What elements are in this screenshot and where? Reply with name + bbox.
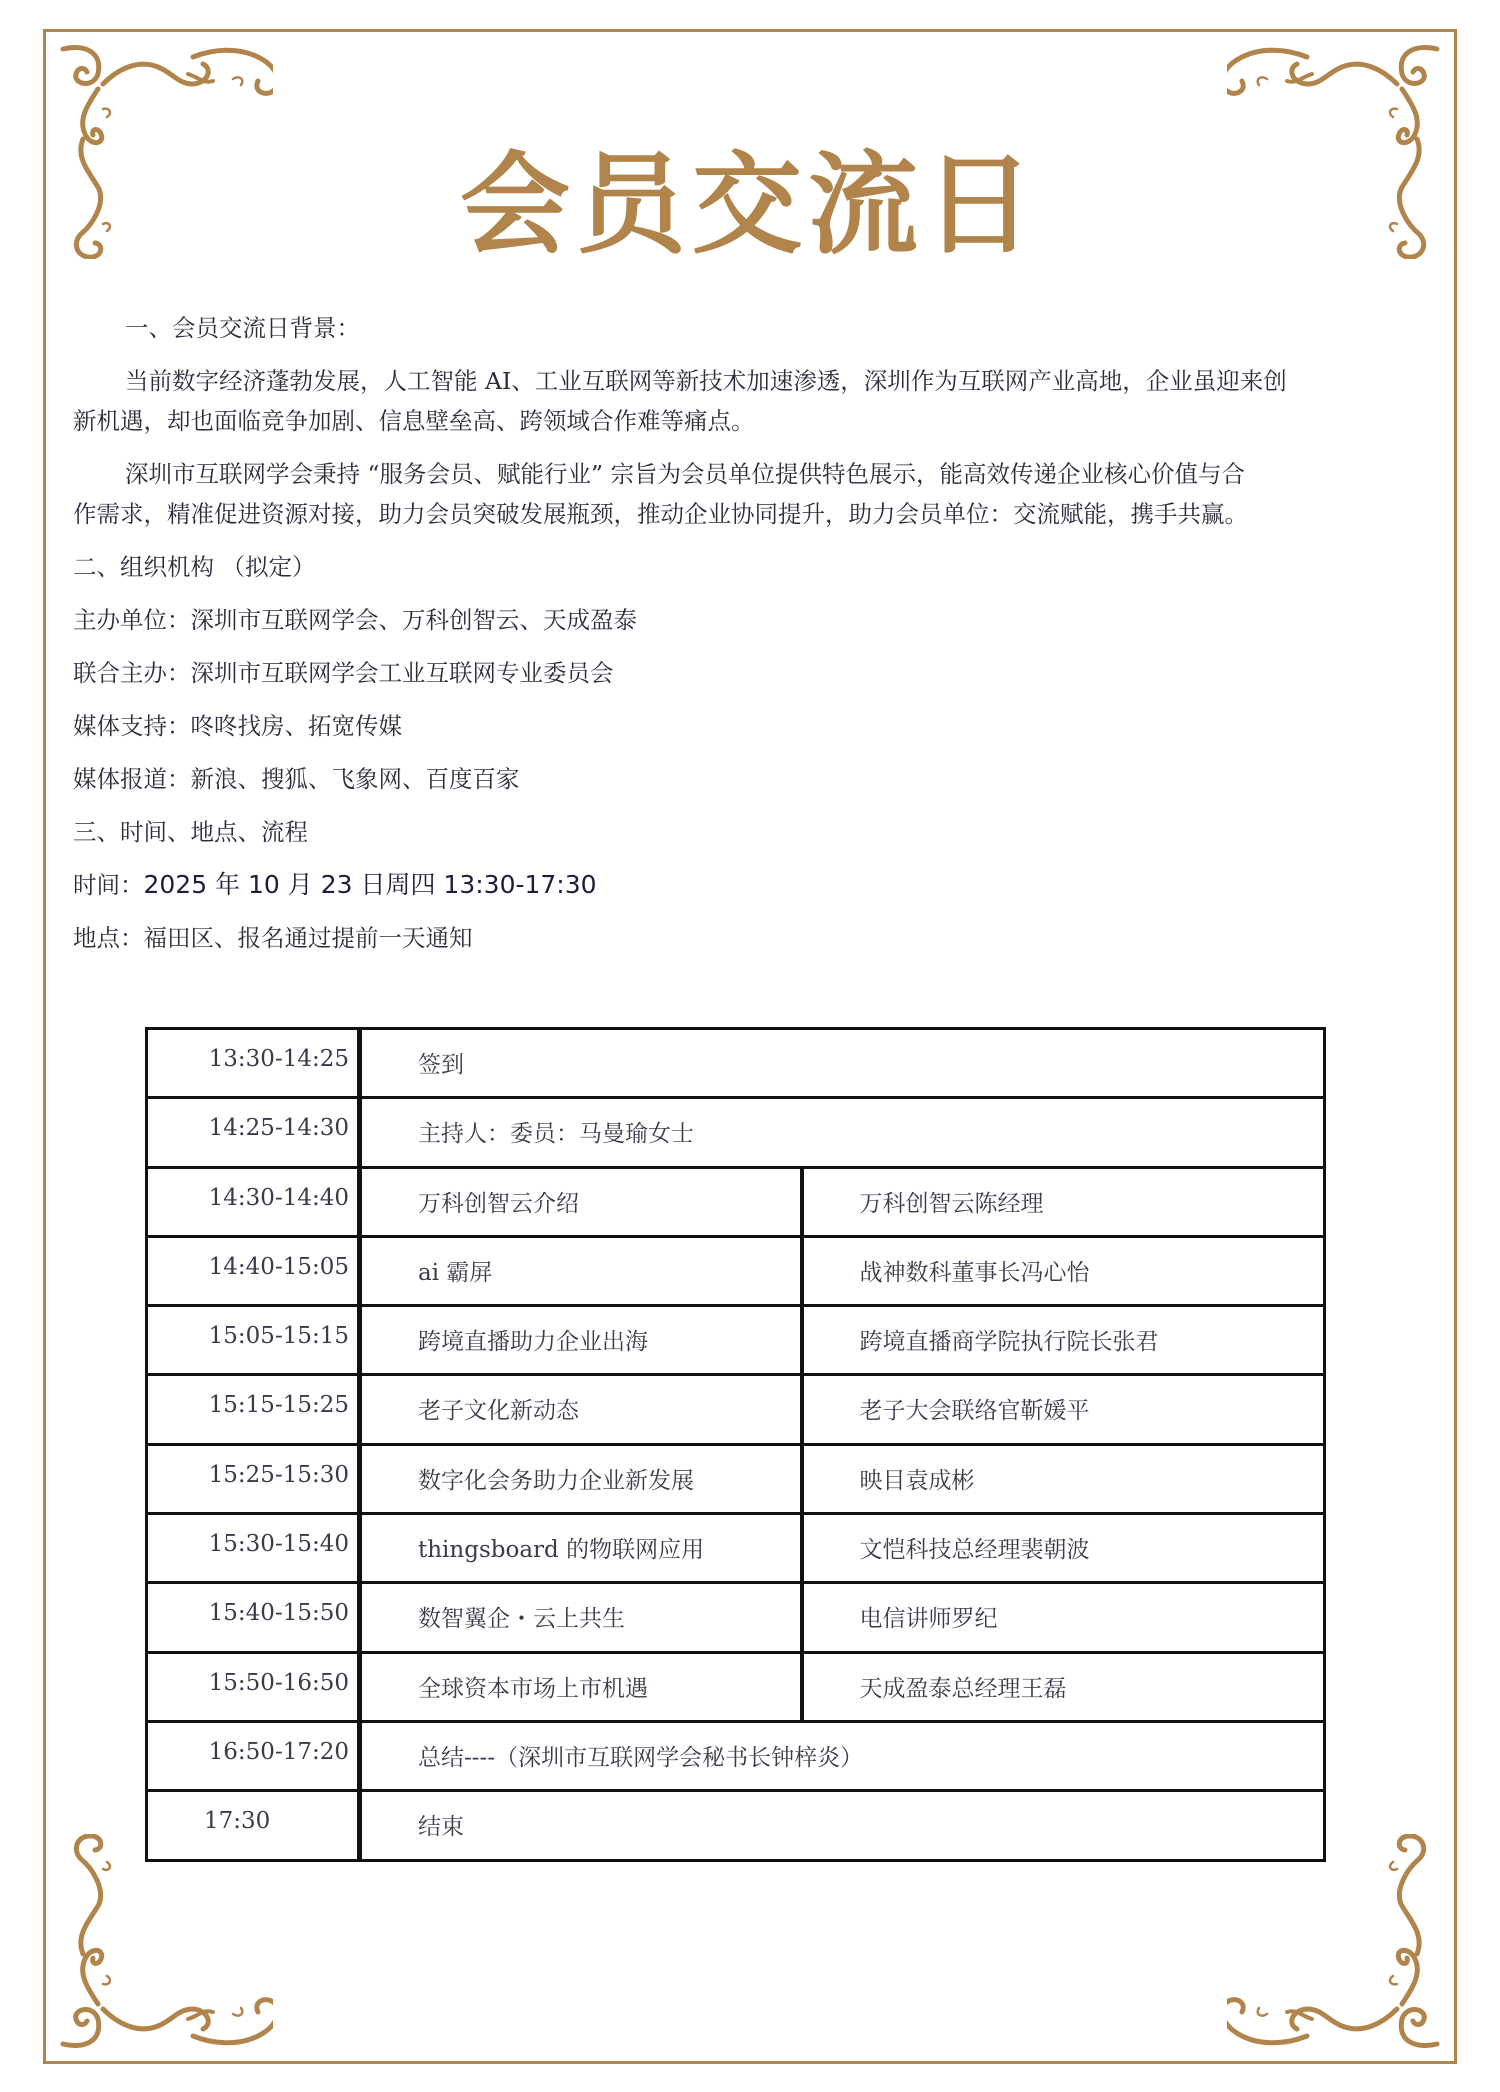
org-host: 主办单位：深圳市互联网学会、万科创智云、天成盈泰 bbox=[73, 600, 1433, 640]
paragraph-background-2: 深圳市互联网学会秉持 “服务会员、赋能行业” 宗旨为会员单位提供特色展示，能高效… bbox=[73, 454, 1433, 534]
agenda-speaker: 战神数科董事长冯心怡 bbox=[802, 1236, 1325, 1305]
event-location: 地点：福田区、报名通过提前一天通知 bbox=[73, 918, 1433, 958]
agenda-time: 13:30-14:25 bbox=[147, 1029, 360, 1098]
agenda-row: 15:30-15:40thingsboard 的物联网应用文恺科技总经理裴朝波 bbox=[147, 1514, 1325, 1583]
datetime-label: 时间： bbox=[73, 871, 144, 899]
agenda-topic: 全球资本市场上市机遇 bbox=[360, 1652, 802, 1721]
agenda-row: 16:50-17:20总结----（深圳市互联网学会秘书长钟梓炎） bbox=[147, 1721, 1325, 1790]
agenda-time: 15:40-15:50 bbox=[147, 1583, 360, 1652]
section-heading-organization: 二、组织机构 （拟定） bbox=[73, 547, 1433, 587]
document-body: 一、会员交流日背景： 当前数字经济蓬勃发展，人工智能 AI、工业互联网等新技术加… bbox=[73, 308, 1433, 971]
agenda-time: 15:05-15:15 bbox=[147, 1306, 360, 1375]
paragraph-background-1: 当前数字经济蓬勃发展，人工智能 AI、工业互联网等新技术加速渗透，深圳作为互联网… bbox=[73, 361, 1433, 441]
page-title: 会员交流日 bbox=[0, 140, 1500, 270]
corner-ornament-bottom-left-icon bbox=[43, 1834, 273, 2064]
agenda-time: 15:30-15:40 bbox=[147, 1514, 360, 1583]
paragraph-line: 当前数字经济蓬勃发展，人工智能 AI、工业互联网等新技术加速渗透，深圳作为互联网… bbox=[73, 361, 1433, 401]
agenda-row: 14:25-14:30主持人：委员：马曼瑜女士 bbox=[147, 1098, 1325, 1167]
agenda-topic: 签到 bbox=[360, 1029, 1325, 1098]
datetime-value: 2025 年 10 月 23 日周四 13:30-17:30 bbox=[144, 870, 597, 899]
agenda-speaker: 电信讲师罗纪 bbox=[802, 1583, 1325, 1652]
agenda-time: 15:15-15:25 bbox=[147, 1375, 360, 1444]
agenda-time: 14:30-14:40 bbox=[147, 1167, 360, 1236]
agenda-row: 15:50-16:50全球资本市场上市机遇天成盈泰总经理王磊 bbox=[147, 1652, 1325, 1721]
agenda-speaker: 映目袁成彬 bbox=[802, 1444, 1325, 1513]
org-media-support: 媒体支持：咚咚找房、拓宽传媒 bbox=[73, 706, 1433, 746]
agenda-topic: 数智翼企・云上共生 bbox=[360, 1583, 802, 1652]
agenda-speaker: 天成盈泰总经理王磊 bbox=[802, 1652, 1325, 1721]
agenda-time: 15:25-15:30 bbox=[147, 1444, 360, 1513]
event-datetime: 时间：2025 年 10 月 23 日周四 13:30-17:30 bbox=[73, 865, 1433, 905]
agenda-topic: 跨境直播助力企业出海 bbox=[360, 1306, 802, 1375]
agenda-time: 16:50-17:20 bbox=[147, 1721, 360, 1790]
agenda-time: 15:50-16:50 bbox=[147, 1652, 360, 1721]
org-co-host: 联合主办：深圳市互联网学会工业互联网专业委员会 bbox=[73, 653, 1433, 693]
agenda-speaker: 老子大会联络官靳媛平 bbox=[802, 1375, 1325, 1444]
agenda-row: 15:40-15:50数智翼企・云上共生电信讲师罗纪 bbox=[147, 1583, 1325, 1652]
agenda-topic: 万科创智云介绍 bbox=[360, 1167, 802, 1236]
agenda-row: 15:25-15:30数字化会务助力企业新发展映目袁成彬 bbox=[147, 1444, 1325, 1513]
agenda-topic: 数字化会务助力企业新发展 bbox=[360, 1444, 802, 1513]
agenda-row: 17:30结束 bbox=[147, 1791, 1325, 1860]
agenda-table: 13:30-14:25签到14:25-14:30主持人：委员：马曼瑜女士14:3… bbox=[145, 1027, 1326, 1862]
section-heading-schedule: 三、时间、地点、流程 bbox=[73, 812, 1433, 852]
agenda-speaker: 万科创智云陈经理 bbox=[802, 1167, 1325, 1236]
paragraph-line: 新机遇，却也面临竞争加剧、信息壁垒高、跨领域合作难等痛点。 bbox=[73, 401, 1433, 441]
section-heading-background: 一、会员交流日背景： bbox=[73, 308, 1433, 348]
paragraph-line: 深圳市互联网学会秉持 “服务会员、赋能行业” 宗旨为会员单位提供特色展示，能高效… bbox=[73, 454, 1433, 494]
agenda-topic: 结束 bbox=[360, 1791, 1325, 1860]
agenda-topic: thingsboard 的物联网应用 bbox=[360, 1514, 802, 1583]
paragraph-line: 作需求，精准促进资源对接，助力会员突破发展瓶颈，推动企业协同提升，助力会员单位：… bbox=[73, 494, 1433, 534]
agenda-time: 17:30 bbox=[147, 1791, 360, 1860]
org-media-coverage: 媒体报道：新浪、搜狐、飞象网、百度百家 bbox=[73, 759, 1433, 799]
agenda-row: 15:15-15:25老子文化新动态老子大会联络官靳媛平 bbox=[147, 1375, 1325, 1444]
agenda-topic: 老子文化新动态 bbox=[360, 1375, 802, 1444]
agenda-row: 14:40-15:05ai 霸屏战神数科董事长冯心怡 bbox=[147, 1236, 1325, 1305]
agenda-time: 14:25-14:30 bbox=[147, 1098, 360, 1167]
agenda-topic: ai 霸屏 bbox=[360, 1236, 802, 1305]
agenda-speaker: 跨境直播商学院执行院长张君 bbox=[802, 1306, 1325, 1375]
agenda-speaker: 文恺科技总经理裴朝波 bbox=[802, 1514, 1325, 1583]
agenda-topic: 主持人：委员：马曼瑜女士 bbox=[360, 1098, 1325, 1167]
agenda-row: 13:30-14:25签到 bbox=[147, 1029, 1325, 1098]
agenda-topic: 总结----（深圳市互联网学会秘书长钟梓炎） bbox=[360, 1721, 1325, 1790]
agenda-row: 15:05-15:15跨境直播助力企业出海跨境直播商学院执行院长张君 bbox=[147, 1306, 1325, 1375]
agenda-time: 14:40-15:05 bbox=[147, 1236, 360, 1305]
agenda-row: 14:30-14:40万科创智云介绍万科创智云陈经理 bbox=[147, 1167, 1325, 1236]
corner-ornament-bottom-right-icon bbox=[1227, 1834, 1457, 2064]
